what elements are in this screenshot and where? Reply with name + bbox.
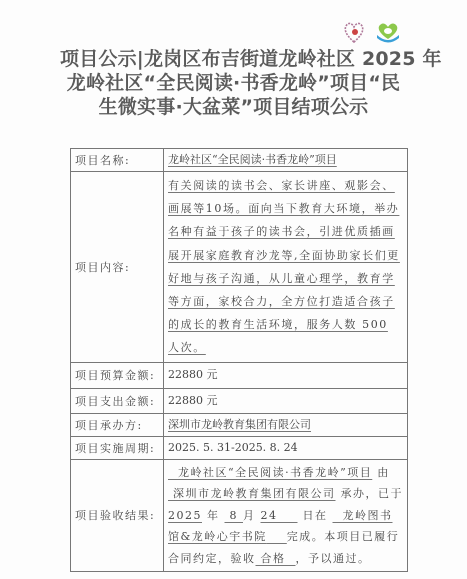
table-row-period: 项目实施周期: 2025. 5. 31-2025. 8. 24 <box>71 436 408 459</box>
accept-project: 龙岭社区“全民阅读·书香龙岭”项目 <box>178 466 372 479</box>
title-line-3: 生微实事·大盆菜”项目结项公示 <box>60 95 407 119</box>
accept-year-suffix: 年 <box>207 509 220 522</box>
accept-ending: ，予以通过。 <box>296 552 371 565</box>
label-project-content: 项目内容: <box>71 172 164 363</box>
logos <box>343 20 403 46</box>
accept-day-suffix: 日在 <box>303 509 328 522</box>
label-expense: 项目支出金额: <box>71 388 164 413</box>
project-info-table: 项目名称: 龙岭社区“全民阅读·书香龙岭”项目 项目内容: 有关阅读的读书会、家… <box>70 148 408 572</box>
accept-contractor: 深圳市龙岭教育集团有限公司 <box>173 487 336 500</box>
accept-year: 2025 <box>168 509 202 522</box>
value-budget: 22880 元 <box>164 362 408 388</box>
table-row-acceptance: 项目验收结果: 龙岭社区“全民阅读·书香龙岭”项目 由 深圳市龙岭教育集团有限公… <box>71 459 408 572</box>
title-line-2: 龙岭社区“全民阅读·书香龙岭”项目“民 <box>60 71 407 95</box>
accept-result: 合格 <box>261 552 286 565</box>
value-acceptance: 龙岭社区“全民阅读·书香龙岭”项目 由 深圳市龙岭教育集团有限公司 承办，已于 … <box>168 460 403 572</box>
page-title: 项目公示|龙岗区布吉街道龙岭社区 2025 年 龙岭社区“全民阅读·书香龙岭”项… <box>60 47 407 119</box>
accept-month: 8 <box>230 509 239 522</box>
label-contractor: 项目承办方: <box>71 413 164 436</box>
accept-month-suffix: 月 <box>243 509 256 522</box>
table-row-expense: 项目支出金额: 22880 元 <box>71 388 408 413</box>
table-row-contractor: 项目承办方: 深圳市龙岭教育集团有限公司 <box>71 413 408 436</box>
accept-by: 由 <box>377 466 390 479</box>
label-period: 项目实施周期: <box>71 436 164 459</box>
title-line-1: 项目公示|龙岗区布吉街道龙岭社区 2025 年 <box>60 47 407 71</box>
value-period: 2025. 5. 31-2025. 8. 24 <box>164 436 408 459</box>
table-row-project-content: 项目内容: 有关阅读的读书会、家长讲座、观影会、画展等10场。面向当下教育大环境… <box>71 172 408 363</box>
label-project-name: 项目名称: <box>71 149 164 172</box>
label-acceptance: 项目验收结果: <box>71 459 164 572</box>
table-row-budget: 项目预算金额: 22880 元 <box>71 362 408 388</box>
label-budget: 项目预算金额: <box>71 362 164 388</box>
table-row-project-name: 项目名称: 龙岭社区“全民阅读·书香龙岭”项目 <box>71 149 408 172</box>
value-project-content: 有关阅读的读书会、家长讲座、观影会、画展等10场。面向当下教育大环境，举办名种有… <box>168 179 400 354</box>
value-project-name: 龙岭社区“全民阅读·书香龙岭”项目 <box>168 153 337 166</box>
heart-logo-icon <box>343 20 365 44</box>
accept-undertake: 承办，已于 <box>341 487 404 500</box>
accept-day: 24 <box>261 509 278 522</box>
community-logo-icon <box>374 21 402 45</box>
value-contractor: 深圳市龙岭教育集团有限公司 <box>168 418 311 431</box>
value-expense: 22880 元 <box>164 388 408 413</box>
